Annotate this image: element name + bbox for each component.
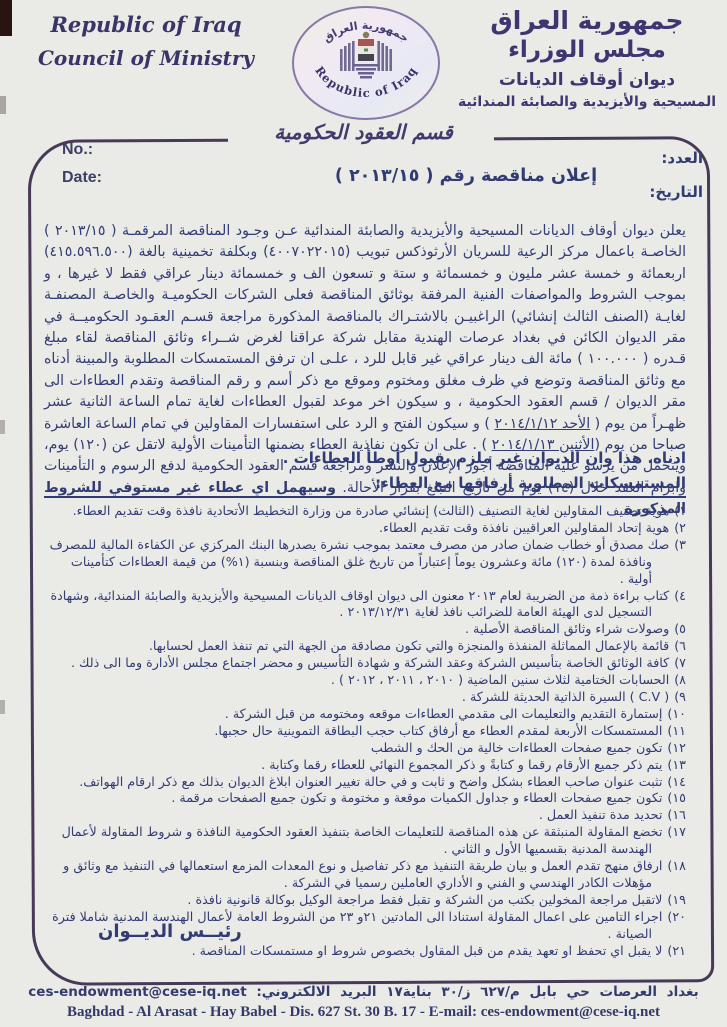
letterhead-arabic: جمهورية العراق مجلس الوزراء ديوان أوقاف …	[451, 6, 723, 110]
closing-statement: ادناه. هذا وان الديوان غير ملزم بقبول أو…	[44, 449, 686, 467]
requirement-item: ١٨)ارفاق منهج تقدم العمل و بيان طريقة ال…	[44, 858, 686, 892]
requirement-number: ٧)	[674, 655, 686, 670]
endowments-diwan-arabic: ديوان أوقاف الديانات	[451, 70, 723, 90]
requirement-number: ٣)	[674, 537, 686, 552]
requirement-text: المستمسكات الأربعة لمقدم العطاء مع أرفاق…	[214, 723, 662, 738]
date-label: Date:	[62, 169, 102, 187]
council-of-ministers-arabic: مجلس الوزراء	[451, 37, 723, 63]
diwan-president-signature: رئيــس الديــوان	[98, 921, 242, 942]
requirement-number: ٤)	[674, 588, 686, 603]
requirement-number: ١٩)	[667, 892, 686, 907]
requirement-text: كتاب براءة ذمة من الضريبة لعام ٢٠١٣ معنو…	[50, 588, 669, 620]
requirement-item: ٢)هوية إتحاد المقاولين العراقيين نافذة و…	[44, 520, 686, 537]
footer-address-arabic: بغداد العرصات حي بابل م/٦٢٧ ز/٣٠ بناية١٧…	[0, 984, 727, 1000]
requirement-number: ٢)	[674, 520, 686, 535]
requirement-text: الحسابات الختامية لثلاث سنين الماضية ( ٢…	[331, 672, 669, 687]
requirement-number: ١٨)	[667, 858, 686, 873]
scanned-document-page: Republic of Iraq Council of Ministry	[0, 0, 727, 1027]
requirement-item: ٣)صك مصدق أو خطاب ضمان صادر من مصرف معتم…	[44, 537, 686, 588]
requirement-text: يتم ذكر جميع الأرقام رقما و كتابةً و ذكر…	[261, 757, 662, 772]
requirement-number: ٥)	[674, 621, 686, 636]
requirement-item: ١٢)تكون جميع صفحات العطاءات خالية من الح…	[44, 740, 686, 757]
requirement-number: ١٤)	[667, 774, 686, 789]
tender-announcement-title: إعلان مناقصة رقم ( ٢٠١٣/١٥ )	[250, 166, 682, 186]
requirement-text: كافة الوثائق الخاصة بتأسيس الشركة وعقد ا…	[71, 655, 669, 670]
requirement-item: ١٤)تثبت عنوان صاحب العطاء بشكل واضح و ثا…	[44, 774, 686, 791]
requirement-text: صك مصدق أو خطاب ضمان صادر من مصرف معتمد …	[50, 537, 670, 586]
scan-artifact	[0, 420, 5, 434]
requirement-item: ١٧)تخضع المقاولة المنبثقة عن هذه المناقص…	[44, 824, 686, 858]
requirement-item: ١٥)تكون جميع صفحات العطاء و جداول الكميا…	[44, 790, 686, 807]
letterhead-english: Republic of Iraq Council of Ministry	[36, 12, 256, 70]
republic-of-iraq-text: Republic of Iraq	[36, 12, 256, 37]
requirement-item: ٥)وصولات شراء وثائق المناقصة الأصلية .	[44, 621, 686, 638]
issue-number-label: العدد:	[661, 149, 703, 167]
scan-artifact	[0, 700, 5, 714]
requirement-number: ١٢)	[667, 740, 686, 755]
requirement-item: ١٩)لاتقبل مراجعة المخولين بكتب من الشركة…	[44, 892, 686, 909]
requirement-item: ١١)المستمسكات الأربعة لمقدم العطاء مع أر…	[44, 723, 686, 740]
requirement-text: ارفاق منهج تقدم العمل و بيان طريقة التنف…	[63, 858, 662, 890]
requirement-number: ٩)	[674, 689, 686, 704]
requirement-number: ١٥)	[667, 790, 686, 805]
requirement-item: ٨)الحسابات الختامية لثلاث سنين الماضية (…	[44, 672, 686, 689]
requirement-item: ١٦)تحديد مدة تنفيذ العمل .	[44, 807, 686, 824]
requirement-number: ١٣)	[667, 757, 686, 772]
religions-subtitle-arabic: المسيحية والأيزيدية والصابئة المندائية	[451, 94, 723, 110]
requirement-item: ٧)كافة الوثائق الخاصة بتأسيس الشركة وعقد…	[44, 655, 686, 672]
requirement-text: لا يقبل اي تحفظ او تعهد يقدم من قبل المق…	[192, 943, 663, 958]
requirement-item: ٩)( C.V ) السيرة الذاتية الحديثة للشركة …	[44, 689, 686, 706]
seal-graphic: جمهورية العراق Republic of Iraq	[290, 3, 442, 123]
requirement-number: ١٧)	[667, 824, 686, 839]
requirement-text: هوية تصنيف المقاولين لغاية التصنيف (الثا…	[73, 503, 670, 518]
requirement-text: ( C.V ) السيرة الذاتية الحديثة للشركة .	[462, 689, 669, 704]
requirements-heading: المستمسكات المطلوبة أرفاقها مع العطاء:	[44, 474, 686, 498]
requirement-number: ٨)	[674, 672, 686, 687]
requirement-item: ٢١)لا يقبل اي تحفظ او تعهد يقدم من قبل ا…	[44, 943, 686, 960]
no-label: No.:	[62, 141, 93, 159]
requirement-number: ١)	[674, 503, 686, 518]
requirement-text: هوية إتحاد المقاولين العراقيين نافذة وقت…	[379, 520, 669, 535]
scan-artifact	[0, 0, 12, 36]
requirement-item: ١٣)يتم ذكر جميع الأرقام رقما و كتابةً و …	[44, 757, 686, 774]
requirement-text: تكون جميع صفحات العطاء و جداول الكميات م…	[171, 790, 662, 805]
requirement-item: ٤)كتاب براءة ذمة من الضريبة لعام ٢٠١٣ مع…	[44, 588, 686, 622]
requirement-number: ١١)	[667, 723, 686, 738]
requirement-number: ٦)	[674, 638, 686, 653]
requirement-text: إستمارة التقديم والتعليمات الى مقدمي الع…	[225, 706, 663, 721]
department-title: قسم العقود الحكومية	[0, 120, 727, 144]
requirement-number: ٢١)	[667, 943, 686, 958]
requirements-list: ١)هوية تصنيف المقاولين لغاية التصنيف (ال…	[44, 503, 686, 959]
requirement-number: ١٠)	[667, 706, 686, 721]
scan-artifact	[0, 96, 6, 114]
requirement-item: ١)هوية تصنيف المقاولين لغاية التصنيف (ال…	[44, 503, 686, 520]
requirement-number: ١٦)	[667, 807, 686, 822]
republic-of-iraq-seal: جمهورية العراق Republic of Iraq	[290, 3, 442, 127]
republic-of-iraq-arabic: جمهورية العراق	[451, 6, 723, 35]
requirement-text: لاتقبل مراجعة المخولين بكتب من الشركة و …	[187, 892, 662, 907]
requirement-text: تخضع المقاولة المنبثقة عن هذه المناقصة ل…	[62, 824, 663, 856]
requirement-text: تثبت عنوان صاحب العطاء بشكل واضح و ثابت …	[79, 774, 662, 789]
requirement-number: ٢٠)	[667, 909, 686, 924]
requirement-item: ١٠)إستمارة التقديم والتعليمات الى مقدمي …	[44, 706, 686, 723]
requirement-text: تحديد مدة تنفيذ العمل .	[539, 807, 663, 822]
footer-address-english: Baghdad - Al Arasat - Hay Babel - Dis. 6…	[0, 1004, 727, 1021]
requirement-text: وصولات شراء وثائق المناقصة الأصلية .	[465, 621, 669, 636]
council-of-ministry-text: Council of Ministry	[36, 46, 256, 70]
requirement-item: ٦)قائمة بالإعمال المماثلة المنفذة والمنج…	[44, 638, 686, 655]
requirement-text: قائمة بالإعمال المماثلة المنفذة والمنجزة…	[149, 638, 669, 653]
requirement-text: تكون جميع صفحات العطاءات خالية من الحك و…	[371, 740, 662, 755]
